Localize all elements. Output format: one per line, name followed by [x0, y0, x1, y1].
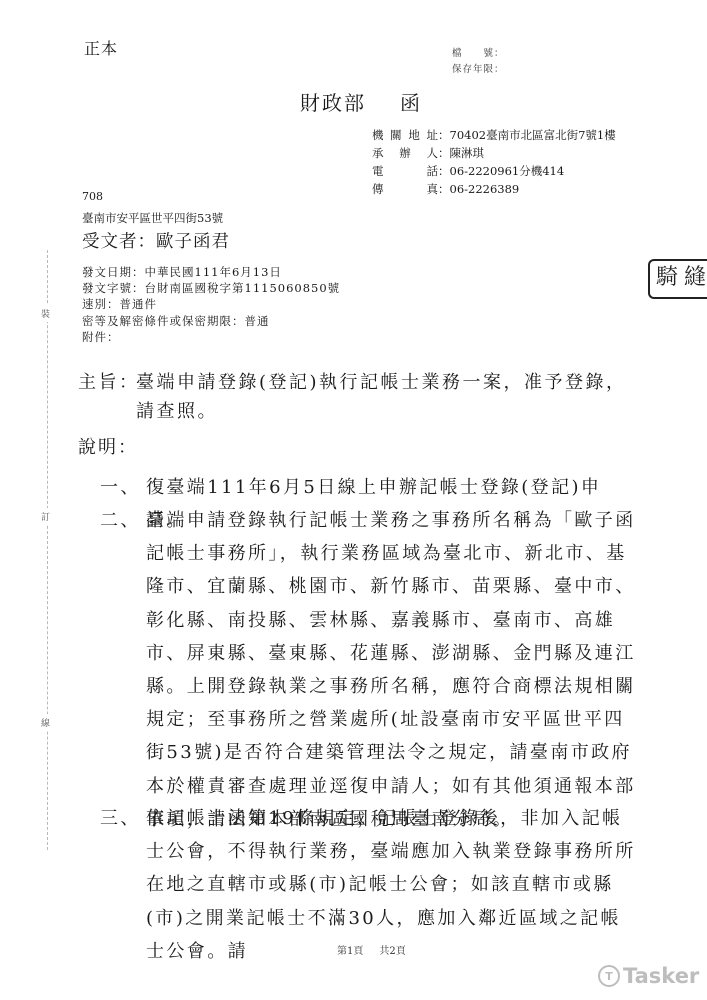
subject-label: 主旨： [78, 368, 140, 397]
page-footer: 第1頁共2頁 [337, 942, 406, 957]
delivery-speed: 速別：普通件 [82, 296, 340, 312]
seam-stamp: 騎縫 [648, 259, 707, 299]
page-number: 第1頁 [337, 946, 363, 957]
binding-mark-xian: 線 [41, 714, 50, 731]
watermark-text: Tasker [623, 964, 699, 988]
explanation-label: 說明： [78, 433, 138, 459]
contact-officer: 承辦人：陳淋琪 [372, 144, 616, 162]
binding-dashed-line [47, 250, 48, 850]
document-metadata: 發文日期：中華民國111年6月13日 發文字號：台財南區國稅字第11150608… [82, 264, 340, 345]
recipient-address: 臺南市安平區世平四街53號 [82, 210, 223, 226]
subject-text: 臺端申請登錄(登記)執行記帳士業務一案，准予登錄，請查照。 [78, 368, 638, 426]
issue-date: 發文日期：中華民國111年6月13日 [82, 264, 340, 280]
contact-phone: 電話：06-2220961分機414 [372, 162, 616, 180]
subject-section: 主旨： 臺端申請登錄(登記)執行記帳士業務一案，准予登錄，請查照。 [78, 368, 638, 426]
recipient-name: 受文者：歐子函君 [82, 228, 230, 253]
document-title: 財政部函 [300, 87, 422, 116]
item-text: 臺端申請登錄執行記帳士業務之事務所名稱為「歐子函記帳士事務所」，執行業務區域為臺… [100, 504, 640, 836]
page-total: 共2頁 [379, 946, 405, 957]
agency-name: 財政部 [300, 91, 366, 115]
tasker-logo-icon: T [598, 965, 620, 987]
binding-mark-ding: 訂 [41, 508, 50, 525]
item-number: 三、 [100, 802, 141, 835]
explanation-item-2: 二、 臺端申請登錄執行記帳士業務之事務所名稱為「歐子函記帳士事務所」，執行業務區… [100, 504, 640, 836]
item-number: 二、 [100, 504, 141, 537]
copy-type: 正本 [84, 36, 118, 59]
classification: 密等及解密條件或保密期限：普通 [82, 313, 340, 329]
binding-mark-zhuang: 裝 [41, 305, 50, 322]
retention-label: 保存年限： [452, 61, 505, 75]
tasker-watermark: T Tasker [598, 964, 699, 988]
document-number: 發文字號：台財南區國稅字第1115060850號 [82, 280, 340, 296]
document-kind: 函 [400, 91, 422, 115]
contact-fax: 傳真：06-2226389 [372, 180, 616, 198]
attachments: 附件： [82, 329, 340, 345]
file-number-label: 檔 號： [452, 45, 505, 59]
item-number: 一、 [100, 471, 141, 504]
contact-block: 機關地址：70402臺南市北區富北街7號1樓 承辦人：陳淋琪 電話：06-222… [372, 126, 616, 198]
contact-address: 機關地址：70402臺南市北區富北街7號1樓 [372, 126, 616, 144]
postal-code: 708 [82, 190, 103, 203]
